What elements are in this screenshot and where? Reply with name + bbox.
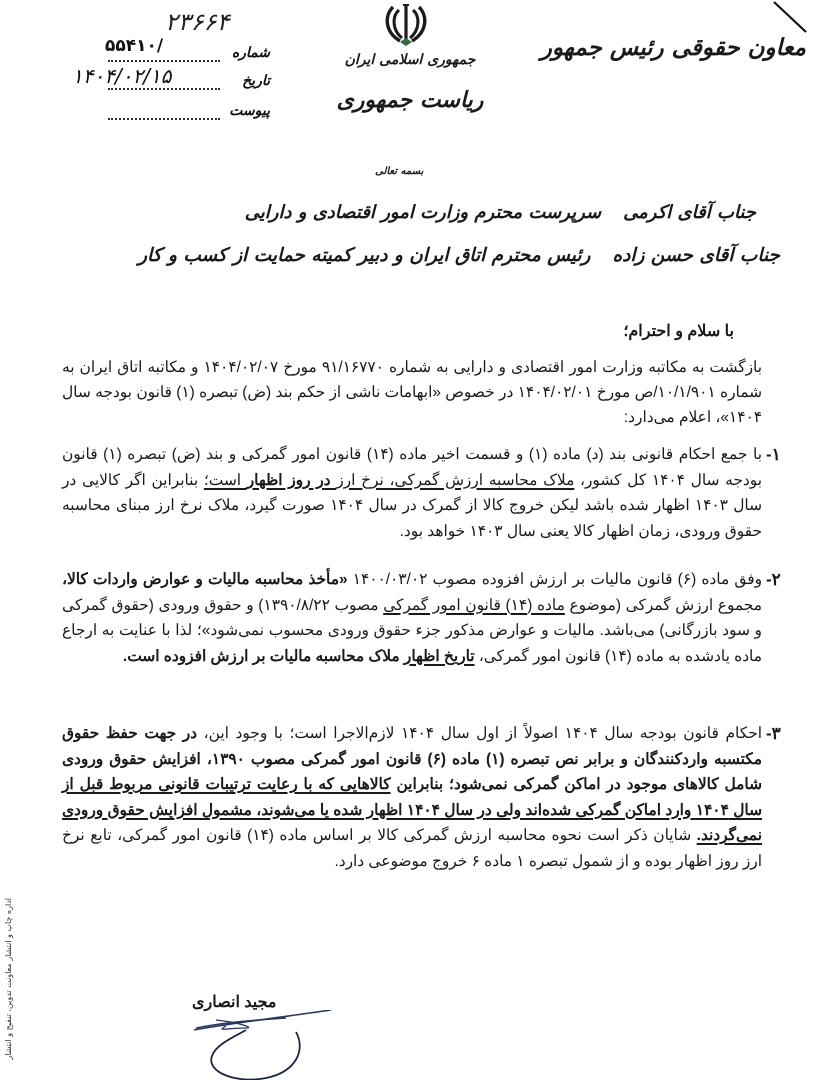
item-1-emphasis: در روز اظهار [247,472,336,489]
invocation: بسمه تعالی [375,166,423,177]
attachment-label: پیوست [229,103,270,119]
addressee-1-title: جناب آقای اکرمی [623,202,756,223]
item-3-number: ۳- [766,721,802,747]
item-2-underline: ماده (۱۴) قانون امور گمرکی [383,597,565,614]
addressee-1-position: سرپرست محترم وزارت امور اقتصادی و دارایی [245,202,601,223]
handwritten-signature [186,1010,336,1080]
attachment-row: پیوست [70,100,270,122]
item-1-text: با جمع احکام قانونی بند (د) ماده (۱) و ق… [62,442,762,544]
office-title: معاون حقوقی رئیس جمهور [541,34,806,61]
item-1-underline: ملاک محاسبه ارزش گمرکی، نرخ ارز [336,472,574,489]
attachment-dotted-line [108,118,220,120]
number-row: شماره ۵۵۴۱۰/ [70,42,270,64]
number-value: ۵۵۴۱۰/ [105,36,163,56]
iran-emblem-icon [382,2,430,48]
intro-paragraph: بازگشت به مکاتبه وزارت امور اقتصادی و دا… [62,355,762,430]
addressee-2-title: جناب آقای حسن زاده [612,245,780,266]
item-2-number: ۲- [766,567,802,593]
list-item-3: ۳- احکام قانون بودجه سال ۱۴۰۴ اصولاً از … [62,721,762,874]
presidency-title: ریاست جمهوری [330,88,490,113]
margin-print-note: اداره چاپ و انتشار معاونت تدوین، تنقیح و… [4,900,18,1080]
item-2-text: وفق ماده (۶) قانون مالیات بر ارزش افزوده… [62,567,762,669]
addressee-2-position: رئیس محترم اتاق ایران و دبیر کمیته حمایت… [138,245,590,266]
date-row: تاریخ ۱۴۰۴/۰۲/۱۵ [70,70,270,92]
item-2-emphasis: تاریخ اظهار [404,648,475,665]
number-dotted-line [108,60,220,62]
handwritten-registry-number: ۲۳۶۶۴ [165,8,229,36]
date-dotted-line [108,88,220,90]
number-label: شماره [232,45,270,61]
addressee-1: جناب آقای اکرمیسرپرست محترم وزارت امور ا… [245,202,756,223]
list-item-1: ۱- با جمع احکام قانونی بند (د) ماده (۱) … [62,442,762,544]
country-name: جمهوری اسلامی ایران [330,52,490,68]
date-value: ۱۴۰۴/۰۲/۱۵ [72,64,171,88]
corner-pen-stroke [768,0,808,34]
list-item-2: ۲- وفق ماده (۶) قانون مالیات بر ارزش افز… [62,567,762,669]
addressee-2: جناب آقای حسن زادهرئیس محترم اتاق ایران … [138,245,780,266]
greeting: با سلام و احترام؛ [623,321,734,341]
item-3-text: احکام قانون بودجه سال ۱۴۰۴ اصولاً از اول… [62,721,762,874]
date-label: تاریخ [242,73,270,89]
signer-name: مجید انصاری [192,992,276,1012]
item-2-quote-bold: «مأخذ محاسبه مالیات و عوارض واردات کالا، [62,571,348,588]
item-1-number: ۱- [766,442,802,468]
